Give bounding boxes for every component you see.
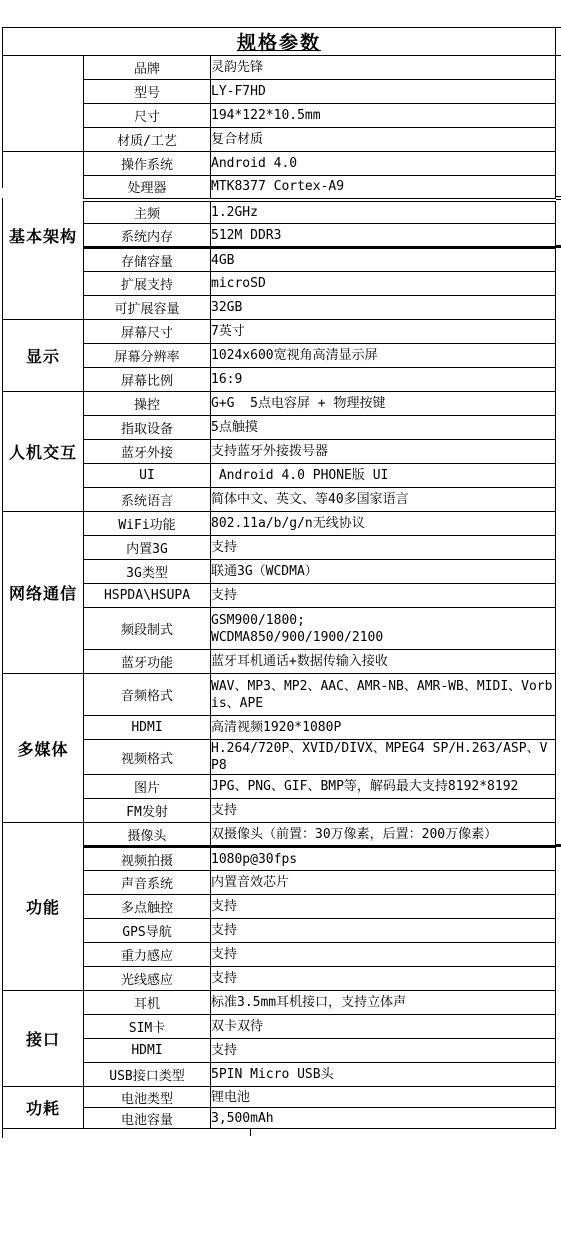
param-label: USB接口类型: [84, 1063, 211, 1087]
gridline-artifact: [2, 1129, 3, 1138]
param-value: 支持: [211, 584, 556, 608]
param-label: 电池容量: [84, 1108, 211, 1129]
spec-row: 重力感应支持: [3, 943, 556, 967]
spec-row: 内置3G支持: [3, 536, 556, 560]
gridline-artifact: [556, 55, 561, 56]
param-label: 声音系统: [84, 871, 211, 895]
param-label: UI: [84, 464, 211, 488]
param-value: 7英寸: [211, 320, 556, 344]
spec-row: 网络通信WiFi功能802.11a/b/g/n无线协议: [3, 512, 556, 536]
param-label: HDMI: [84, 1039, 211, 1063]
spec-row: 显示屏幕尺寸7英寸: [3, 320, 556, 344]
spec-row: 存储容量4GB: [3, 248, 556, 272]
category-cell: 网络通信: [3, 512, 84, 674]
param-value: microSD: [211, 272, 556, 296]
param-label: GPS导航: [84, 919, 211, 943]
spec-row: 功能摄像头双摄像头（前置：30万像素，后置：200万像素）: [3, 823, 556, 847]
param-value: 联通3G（WCDMA）: [211, 560, 556, 584]
gridline-artifact: [556, 27, 561, 28]
param-value: WAV、MP3、MP2、AAC、AMR-NB、AMR-WB、MIDI、Vorbi…: [211, 674, 556, 716]
spec-row: 多媒体音频格式WAV、MP3、MP2、AAC、AMR-NB、AMR-WB、MID…: [3, 674, 556, 716]
gridline-artifact: [556, 844, 561, 847]
param-value: 双卡双待: [211, 1015, 556, 1039]
gridline-artifact: [556, 844, 561, 847]
param-label: 操控: [84, 392, 211, 416]
param-value: 高清视频1920*1080P: [211, 716, 556, 740]
param-label: 电池类型: [84, 1087, 211, 1108]
param-value: 支持: [211, 799, 556, 823]
param-label: 型号: [84, 80, 211, 104]
spec-row: 尺寸194*122*10.5mm: [3, 104, 556, 128]
param-value: G+G 5点电容屏 + 物理按键: [211, 392, 556, 416]
spec-row: 蓝牙外接支持蓝牙外接拨号器: [3, 440, 556, 464]
param-label: 材质/工艺: [84, 128, 211, 152]
table-title-row: 规格参数: [3, 28, 556, 56]
param-value: 简体中文、英文、等40多国家语言: [211, 488, 556, 512]
category-cell: 功耗: [3, 1087, 84, 1129]
param-value: Android 4.0 PHONE版 UI: [211, 464, 556, 488]
spec-row: 频段制式GSM900/1800; WCDMA850/900/1900/2100: [3, 608, 556, 650]
param-value: 内置音效芯片: [211, 871, 556, 895]
gridline-artifact: [250, 1129, 251, 1136]
spec-row: UI Android 4.0 PHONE版 UI: [3, 464, 556, 488]
param-label: 摄像头: [84, 823, 211, 847]
param-label: 存储容量: [84, 248, 211, 272]
param-value: 支持: [211, 895, 556, 919]
gridline-artifact: [556, 196, 561, 200]
spec-row: 视频拍摄1080p@30fps: [3, 847, 556, 871]
param-label: 可扩展容量: [84, 296, 211, 320]
param-label: 品牌: [84, 56, 211, 80]
param-value: JPG、PNG、GIF、BMP等，解码最大支持8192*8192: [211, 775, 556, 799]
param-label: HSPDA\HSUPA: [84, 584, 211, 608]
category-cell: 接口: [3, 991, 84, 1087]
param-label: 蓝牙外接: [84, 440, 211, 464]
param-value: 支持: [211, 536, 556, 560]
param-value: 1024x600宽视角高清显示屏: [211, 344, 556, 368]
param-value: MTK8377 Cortex-A9: [211, 176, 556, 200]
param-label: 图片: [84, 775, 211, 799]
param-value: 16:9: [211, 368, 556, 392]
param-label: 处理器: [84, 176, 211, 200]
spec-row: SIM卡双卡双待: [3, 1015, 556, 1039]
param-label: 音频格式: [84, 674, 211, 716]
gridline-artifact: [556, 196, 561, 200]
category-cell: 基本架构: [3, 152, 84, 320]
param-value: 复合材质: [211, 128, 556, 152]
spec-row: 功耗电池类型锂电池: [3, 1087, 556, 1108]
spec-row: 指取设备5点触摸: [3, 416, 556, 440]
param-value: 1.2GHz: [211, 200, 556, 224]
spec-row: 屏幕分辨率1024x600宽视角高清显示屏: [3, 344, 556, 368]
spec-row: 屏幕比例16:9: [3, 368, 556, 392]
param-value: 4GB: [211, 248, 556, 272]
param-label: 3G类型: [84, 560, 211, 584]
spec-row: 系统内存512M DDR3: [3, 224, 556, 248]
param-value: 194*122*10.5mm: [211, 104, 556, 128]
param-label: 系统内存: [84, 224, 211, 248]
param-label: 视频格式: [84, 740, 211, 775]
param-value: H.264/720P、XVID/DIVX、MPEG4 SP/H.263/ASP、…: [211, 740, 556, 775]
param-label: SIM卡: [84, 1015, 211, 1039]
spec-row: 系统语言简体中文、英文、等40多国家语言: [3, 488, 556, 512]
param-value: 3,500mAh: [211, 1108, 556, 1129]
param-label: 重力感应: [84, 943, 211, 967]
param-label: 主频: [84, 200, 211, 224]
param-value: 蓝牙耳机通话+数据传输入接收: [211, 650, 556, 674]
param-label: WiFi功能: [84, 512, 211, 536]
spec-row: HDMI支持: [3, 1039, 556, 1063]
param-value: 512M DDR3: [211, 224, 556, 248]
spec-row: 主频1.2GHz: [3, 200, 556, 224]
spec-row: 处理器MTK8377 Cortex-A9: [3, 176, 556, 200]
param-value: 双摄像头（前置：30万像素，后置：200万像素）: [211, 823, 556, 847]
param-label: 内置3G: [84, 536, 211, 560]
param-label: 屏幕尺寸: [84, 320, 211, 344]
param-value: 32GB: [211, 296, 556, 320]
param-value: 支持: [211, 943, 556, 967]
param-label: 耳机: [84, 991, 211, 1015]
spec-row: USB接口类型5PIN Micro USB头: [3, 1063, 556, 1087]
param-value: 灵韵先锋: [211, 56, 556, 80]
param-label: 蓝牙功能: [84, 650, 211, 674]
param-value: 支持: [211, 1039, 556, 1063]
spec-row: 接口耳机标准3.5mm耳机接口，支持立体声: [3, 991, 556, 1015]
param-label: 光线感应: [84, 967, 211, 991]
category-cell: [3, 56, 84, 152]
param-value: 1080p@30fps: [211, 847, 556, 871]
spec-row: FM发射支持: [3, 799, 556, 823]
param-value: Android 4.0: [211, 152, 556, 176]
param-label: 频段制式: [84, 608, 211, 650]
param-label: 扩展支持: [84, 272, 211, 296]
page-title: 规格参数: [237, 32, 321, 54]
spec-row: GPS导航支持: [3, 919, 556, 943]
spec-row: HDMI高清视频1920*1080P: [3, 716, 556, 740]
param-label: 屏幕比例: [84, 368, 211, 392]
param-value: 支持: [211, 919, 556, 943]
param-label: 操作系统: [84, 152, 211, 176]
param-label: HDMI: [84, 716, 211, 740]
param-label: 系统语言: [84, 488, 211, 512]
spec-table: 规格参数 品牌灵韵先锋型号LY-F7HD尺寸194*122*10.5mm材质/工…: [2, 27, 556, 1129]
param-label: 尺寸: [84, 104, 211, 128]
category-cell: 功能: [3, 823, 84, 991]
spec-row: 基本架构操作系统Android 4.0: [3, 152, 556, 176]
spec-row: 人机交互操控G+G 5点电容屏 + 物理按键: [3, 392, 556, 416]
param-value: LY-F7HD: [211, 80, 556, 104]
spec-row: 可扩展容量32GB: [3, 296, 556, 320]
param-value: 标准3.5mm耳机接口，支持立体声: [211, 991, 556, 1015]
spec-row: 品牌灵韵先锋: [3, 56, 556, 80]
param-value: GSM900/1800; WCDMA850/900/1900/2100: [211, 608, 556, 650]
param-value: 支持蓝牙外接拨号器: [211, 440, 556, 464]
param-value: 锂电池: [211, 1087, 556, 1108]
spec-row: 图片JPG、PNG、GIF、BMP等，解码最大支持8192*8192: [3, 775, 556, 799]
spec-row: 多点触控支持: [3, 895, 556, 919]
spec-row: 光线感应支持: [3, 967, 556, 991]
spec-row: 材质/工艺复合材质: [3, 128, 556, 152]
param-label: 屏幕分辨率: [84, 344, 211, 368]
param-label: 多点触控: [84, 895, 211, 919]
spec-row: 型号LY-F7HD: [3, 80, 556, 104]
spec-row: 扩展支持microSD: [3, 272, 556, 296]
category-cell: 多媒体: [3, 674, 84, 823]
category-cell: 人机交互: [3, 392, 84, 512]
param-label: 视频拍摄: [84, 847, 211, 871]
gridline-artifact: [556, 245, 561, 248]
spec-row: 声音系统内置音效芯片: [3, 871, 556, 895]
gridline-artifact: [556, 245, 561, 248]
table-title-cell: 规格参数: [3, 28, 556, 56]
spec-row: 3G类型联通3G（WCDMA）: [3, 560, 556, 584]
category-cell: 显示: [3, 320, 84, 392]
spec-row: 蓝牙功能蓝牙耳机通话+数据传输入接收: [3, 650, 556, 674]
param-label: FM发射: [84, 799, 211, 823]
param-value: 5PIN Micro USB头: [211, 1063, 556, 1087]
spec-row: HSPDA\HSUPA支持: [3, 584, 556, 608]
param-label: 指取设备: [84, 416, 211, 440]
param-value: 802.11a/b/g/n无线协议: [211, 512, 556, 536]
param-value: 5点触摸: [211, 416, 556, 440]
param-value: 支持: [211, 967, 556, 991]
spec-row: 电池容量3,500mAh: [3, 1108, 556, 1129]
spec-row: 视频格式H.264/720P、XVID/DIVX、MPEG4 SP/H.263/…: [3, 740, 556, 775]
